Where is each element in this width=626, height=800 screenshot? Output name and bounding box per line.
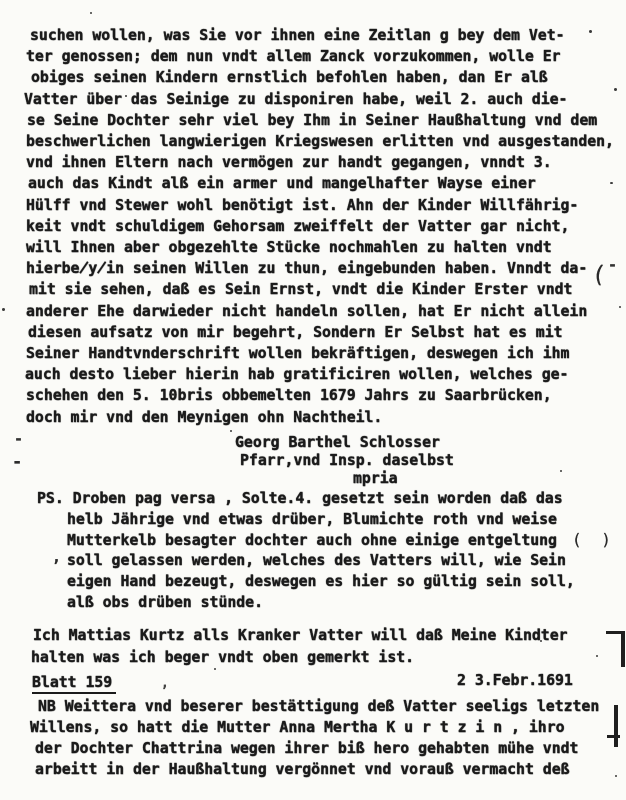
ink-speck — [560, 470, 562, 472]
signature-name: Georg Barthel Schlosser — [235, 434, 454, 452]
signature-block: Georg Barthel Schlosser Pfarr,vnd Insp. … — [235, 434, 454, 487]
margin-paren-pair-mark: ( ) — [572, 530, 616, 549]
ink-speck — [230, 430, 232, 432]
text-line: Hülff vnd Stewer wohl benötigt ist. Ahn … — [26, 195, 614, 216]
stray-comma-mark: , — [161, 676, 169, 691]
text-line: eigen Hand bezeugt, deswegen es hier so … — [37, 572, 575, 593]
text-line: PS. Droben pag versa , Solte.4. gesetzt … — [37, 489, 575, 510]
ink-speck — [125, 95, 127, 97]
ink-speck — [610, 182, 613, 184]
text-line: NB Weittera vnd beserer bestättigung deß… — [38, 697, 599, 718]
nota-bene-paragraph: NB Weittera vnd beserer bestättigung deß… — [30, 697, 599, 781]
ink-speck — [540, 640, 542, 642]
text-line: Ich Mattias Kurtz alls Kranker Vatter wi… — [33, 625, 568, 647]
text-line: helb Jährige vnd etwas drüber, Blumichte… — [37, 510, 575, 531]
text-line: der Dochter Chattrina wegen ihrer biß he… — [35, 739, 599, 760]
ink-speck — [2, 308, 5, 311]
stray-comma-mark: , — [52, 548, 61, 566]
text-line: anderer Ehe darwieder nicht handeln soll… — [26, 301, 614, 322]
ink-speck — [596, 655, 598, 657]
text-line: obiges seinen Kindern ernstlich befohlen… — [31, 67, 614, 88]
text-line: vnd ihnen Eltern nach vermögen zur handt… — [26, 152, 614, 173]
text-line: suchen wollen, was Sie vor ihnen eine Ze… — [30, 25, 614, 46]
margin-dash-mark: - — [12, 452, 22, 472]
ink-speck — [615, 775, 617, 777]
scan-edge-artifact — [614, 705, 618, 747]
scan-edge-artifact — [607, 735, 620, 738]
ink-speck — [614, 88, 617, 91]
text-line: Mutterkelb besagter dochter auch ohne ei… — [37, 531, 575, 552]
ink-speck — [480, 284, 482, 286]
ink-speck — [400, 208, 402, 210]
margin-dash-mark: - — [14, 430, 23, 448]
text-line: hierbe̸y̸in seinen Willen zu thun, einge… — [26, 258, 614, 279]
main-paragraph: suchen wollen, was Sie vor ihnen eine Ze… — [26, 25, 614, 428]
ink-speck — [90, 12, 92, 14]
text-line: Seiner Handtvnderschrift wollen bekräfti… — [26, 343, 614, 364]
text-line: will Ihnen aber obgezehlte Stücke nochma… — [26, 237, 614, 258]
text-line: diesen aufsatz von mir begehrt, Sondern … — [28, 322, 614, 343]
text-line: schehen den 5. 10bris obbemelten 1679 Ja… — [26, 385, 614, 406]
text-line: se Seine Dochter sehr viel bey Ihm in Se… — [27, 110, 614, 131]
text-line: alß obs drüben stünde. — [37, 593, 575, 614]
text-line: auch desto lieber hierin hab gratificire… — [25, 364, 614, 385]
text-line: doch mir vnd den Meynigen ohn Nachtheil. — [26, 407, 614, 428]
postscript-paragraph: PS. Droben pag versa , Solte.4. gesetzt … — [37, 489, 575, 614]
sheet-number-label: Blatt 159 — [32, 674, 116, 694]
scanned-typewritten-page: suchen wollen, was Sie vor ihnen eine Ze… — [0, 0, 626, 800]
text-line: keit vndt schuldigem Gehorsam zweiffelt … — [26, 216, 614, 237]
text-line: mit sie sehen, daß es Sein Ernst, vndt d… — [29, 279, 614, 300]
ink-speck — [214, 668, 216, 670]
text-line: Willens, so hatt die Mutter Anna Mertha … — [30, 718, 599, 739]
scan-edge-artifact — [606, 631, 625, 667]
text-line: soll gelassen werden, welches des Vatter… — [37, 551, 575, 572]
ink-speck — [589, 30, 592, 33]
text-line: ter genossen; dem nun vndt allem Zanck v… — [26, 46, 614, 67]
text-line: Vatter über das Seinige zu disponiren ha… — [24, 89, 614, 110]
ink-speck — [619, 306, 621, 308]
margin-paren-mark: ( — [591, 261, 608, 288]
margin-dash-mark: - — [608, 256, 617, 274]
text-line: halten was ich beger vndt oben gemerkt i… — [31, 647, 568, 669]
signature-title: Pfarr,vnd Insp. daselbst — [240, 452, 454, 470]
father-statement: Ich Mattias Kurtz alls Kranker Vatter wi… — [31, 625, 568, 668]
date-label: 2 3.Febr.1691 — [457, 672, 573, 689]
text-line: arbeitt in der Haußhaltung vergönnet vnd… — [35, 760, 599, 781]
text-line: beschwerlichen langwierigen Kriegswesen … — [26, 131, 614, 152]
signature-mpria: mpria — [353, 470, 454, 488]
text-line: auch das Kindt alß ein armer und mangelh… — [28, 173, 614, 194]
sheet-number-row: Blatt 159 2 3.Febr.1691 — [32, 674, 116, 691]
